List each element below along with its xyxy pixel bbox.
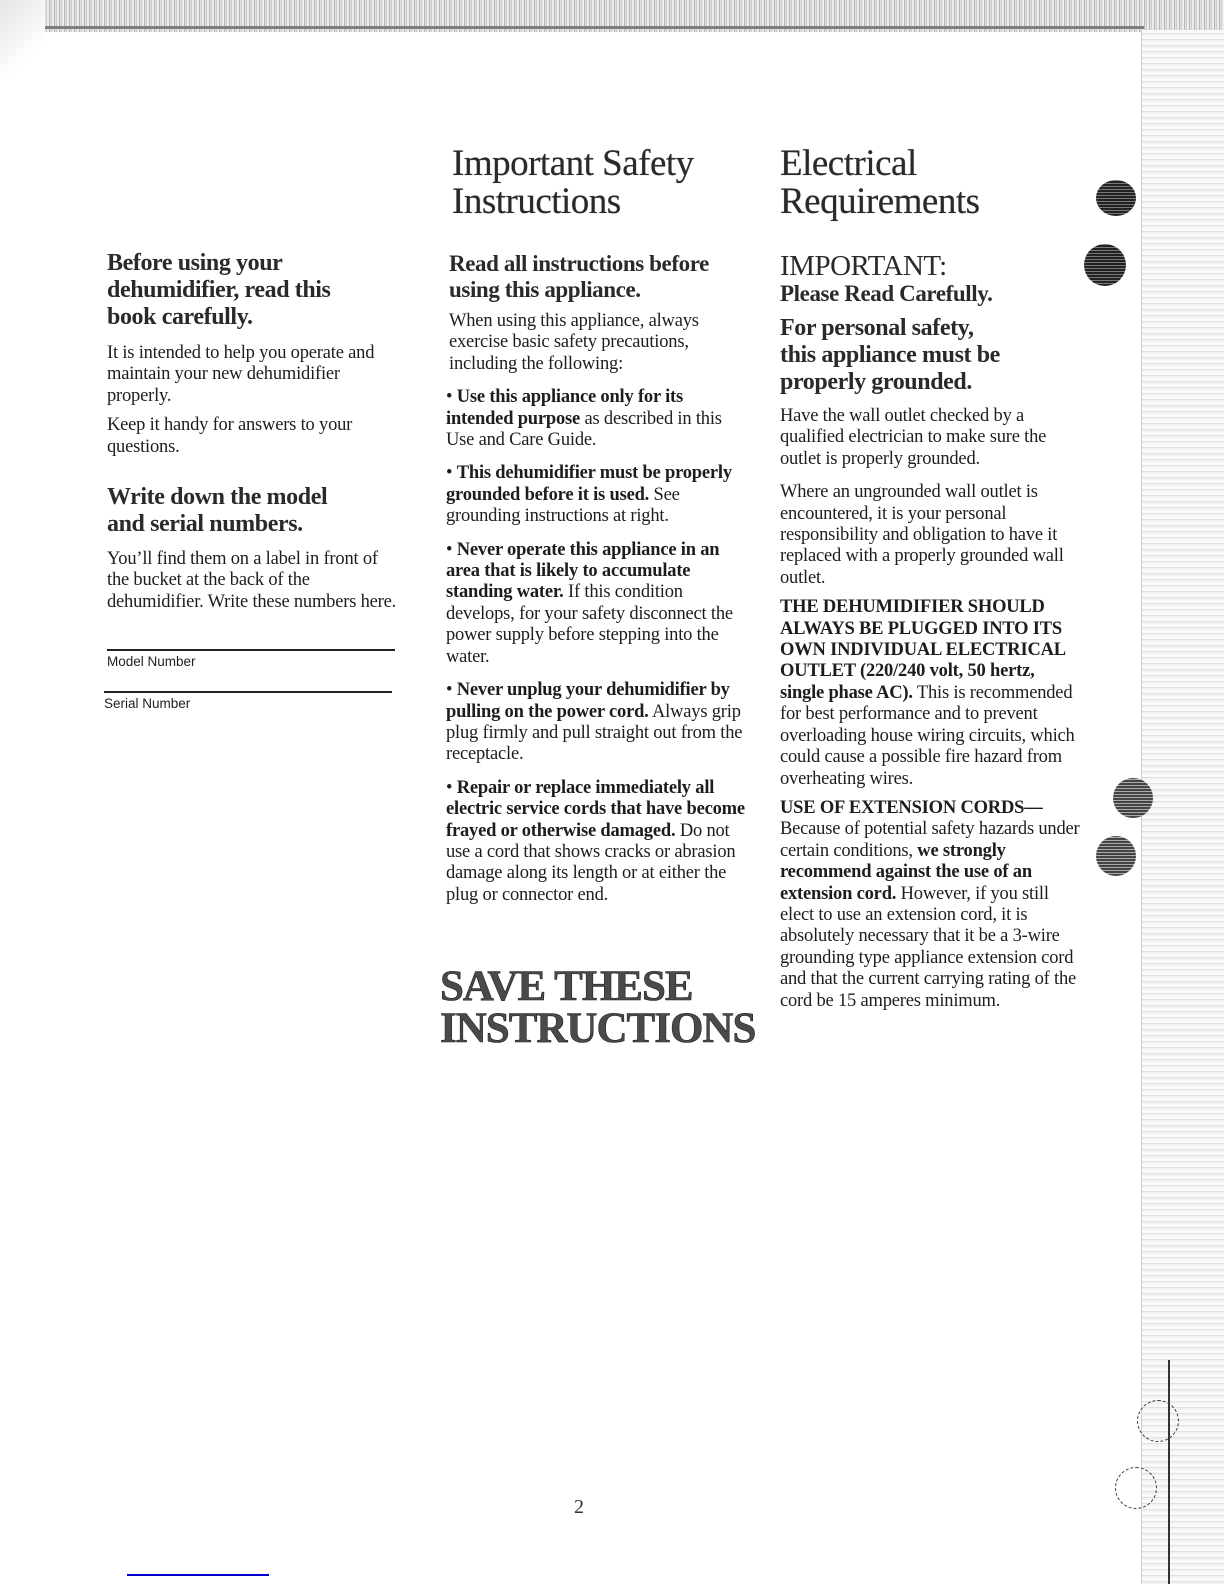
heading-line: Before using your [107,250,282,276]
heading-line: Read all instructions before [449,251,709,276]
safety-title: Important Safety Instructions [452,145,760,221]
safety-intro: When using this appliance, always exerci… [449,311,739,375]
safety-bullet: • Never operate this appliance in an are… [446,540,746,668]
before-using-heading: Before using your dehumidifier, read thi… [107,250,402,331]
serial-number-label: Serial Number [104,696,402,711]
title-line: Electrical [780,143,917,184]
grounding-paragraph-2: Where an ungrounded wall outlet is encou… [780,482,1075,589]
bullet-icon: • [446,463,452,483]
binder-hole-icon [1113,778,1153,818]
heading-line: For personal safety, [780,315,974,341]
record-numbers-heading: Write down the model and serial numbers. [107,484,402,538]
banner-line: INSTRUCTIONS [440,1005,755,1052]
serial-number-line[interactable] [104,691,392,693]
heading-line: dehumidifier, read this [107,277,331,303]
punched-hole-outline-icon [1115,1467,1157,1509]
scan-artifact-right-edge [1141,30,1224,1584]
model-number-field[interactable]: Model Number [107,649,402,669]
scan-artifact-corner [0,0,45,80]
heading-line: Write down the model [107,484,327,510]
binder-hole-icon [1084,244,1126,286]
safety-bullet: • Never unplug your dehumidifier by pull… [446,680,746,766]
save-instructions-banner: SAVE THESE INSTRUCTIONS [440,966,760,1050]
bullet-icon: • [446,540,452,560]
heading-line: this appliance must be [780,342,1000,368]
please-read-label: Please Read Carefully. [780,281,1090,307]
title-line: Requirements [780,181,980,222]
safety-bullet: • Use this appliance only for its intend… [446,387,746,451]
intro-paragraph: Keep it handy for answers to your questi… [107,415,402,458]
safety-bullet: • Repair or replace immediately all elec… [446,778,746,906]
record-paragraph: You’ll find them on a label in front of … [107,549,402,613]
safety-bullet: • This dehumidifier must be properly gro… [446,463,746,527]
bullet-bold: This dehumidifier must be properly groun… [446,463,732,504]
title-line: Important Safety [452,143,694,184]
binder-hole-icon [1096,180,1136,216]
heading-line: book carefully. [107,304,253,330]
read-all-heading: Read all instructions before using this … [449,251,760,303]
outlet-paragraph: THE DEHUMIDIFIER SHOULD ALWAYS BE PLUGGE… [780,597,1080,790]
intro-paragraph: It is intended to help you operate and m… [107,343,402,407]
page-number: 2 [574,1496,584,1519]
binder-hole-icon [1096,836,1136,876]
punched-hole-outline-icon [1137,1400,1179,1442]
bullet-icon: • [446,680,452,700]
scan-artifact-top [0,0,1224,32]
model-number-line[interactable] [107,649,395,651]
footer-link-underline [127,1574,269,1576]
model-number-label: Model Number [107,654,402,669]
grounding-heading: For personal safety, this appliance must… [780,315,1090,396]
serial-number-field[interactable]: Serial Number [104,691,402,711]
safety-bullet-list: • Use this appliance only for its intend… [446,387,746,906]
title-line: Instructions [452,181,621,222]
important-label: IMPORTANT: [780,251,1090,281]
extension-cord-paragraph: USE OF EXTENSION CORDS— Because of poten… [780,798,1080,1012]
left-column: Before using your dehumidifier, read thi… [107,250,402,711]
extension-cord-heading: USE OF EXTENSION CORDS— [780,798,1043,818]
bullet-icon: • [446,387,452,407]
heading-line: and serial numbers. [107,511,303,537]
electrical-title: Electrical Requirements [780,145,1090,221]
banner-line: SAVE THESE [440,963,693,1010]
heading-line: properly grounded. [780,369,972,395]
heading-line: using this appliance. [449,277,641,302]
middle-column: Important Safety Instructions Read all i… [440,145,760,1050]
right-column: Electrical Requirements IMPORTANT: Pleas… [780,145,1090,1012]
page-edge-line [1168,1360,1170,1584]
bullet-icon: • [446,778,452,798]
grounding-paragraph-1: Have the wall outlet checked by a qualif… [780,406,1070,470]
